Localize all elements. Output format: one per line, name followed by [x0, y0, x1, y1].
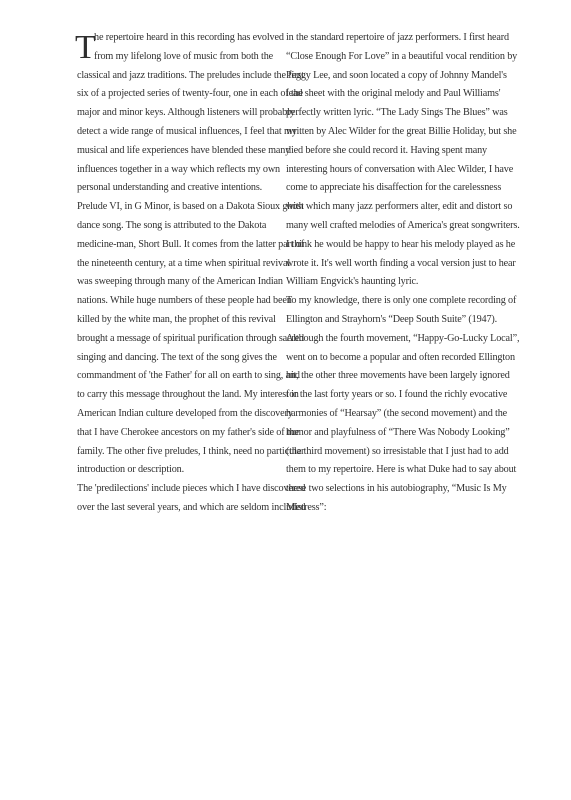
text-line: introduction or description.: [77, 461, 277, 480]
text-line: Although the fourth movement, “Happy-Go-…: [286, 330, 491, 349]
text-line: hit, the other three movements have been…: [286, 367, 491, 386]
text-line: written by Alec Wilder for the great Bil…: [286, 123, 491, 142]
text-line: six of a projected series of twenty-four…: [77, 85, 277, 104]
text-line: humor and playfulness of “There Was Nobo…: [286, 424, 491, 443]
document-page: T he repertoire heard in this recording …: [0, 0, 571, 800]
text-line: many well crafted melodies of America's …: [286, 217, 491, 236]
text-line: (the third movement) so irresistable tha…: [286, 443, 491, 462]
text-line: classical and jazz traditions. The prelu…: [77, 67, 277, 86]
text-line: in the standard repertoire of jazz perfo…: [286, 29, 491, 48]
text-line: “Close Enough For Love” in a beautiful v…: [286, 48, 491, 67]
text-line: them to my repertoire. Here is what Duke…: [286, 461, 491, 480]
text-line: medicine-man, Short Bull. It comes from …: [77, 236, 277, 255]
left-text-column: T he repertoire heard in this recording …: [77, 29, 277, 518]
text-line: family. The other five preludes, I think…: [77, 443, 277, 462]
text-line: brought a message of spiritual purificat…: [77, 330, 277, 349]
text-line: with which many jazz performers alter, e…: [286, 198, 491, 217]
drop-cap: T: [75, 31, 96, 65]
text-line: to carry this message throughout the lan…: [77, 386, 277, 405]
text-line: killed by the white man, the prophet of …: [77, 311, 277, 330]
text-line: that I have Cherokee ancestors on my fat…: [77, 424, 277, 443]
text-line: for the last forty years or so. I found …: [286, 386, 491, 405]
text-line: dance song. The song is attributed to th…: [77, 217, 277, 236]
text-line: Prelude VI, in G Minor, is based on a Da…: [77, 198, 277, 217]
text-line: commandment of 'the Father' for all on e…: [77, 367, 277, 386]
text-line: from my lifelong love of music from both…: [77, 48, 277, 67]
text-line: lead sheet with the original melody and …: [286, 85, 491, 104]
text-line: American Indian culture developed from t…: [77, 405, 277, 424]
text-line: singing and dancing. The text of the son…: [77, 349, 277, 368]
right-text-column: in the standard repertoire of jazz perfo…: [286, 29, 491, 518]
text-line: detect a wide range of musical influence…: [77, 123, 277, 142]
text-line: William Engvick's haunting lyric.: [286, 273, 491, 292]
text-line: nations. While huge numbers of these peo…: [77, 292, 277, 311]
text-line: he repertoire heard in this recording ha…: [77, 29, 277, 48]
text-line: influences together in a way which refle…: [77, 161, 277, 180]
text-line: interesting hours of conversation with A…: [286, 161, 491, 180]
text-line: To my knowledge, there is only one compl…: [286, 292, 491, 311]
text-line: was sweeping through many of the America…: [77, 273, 277, 292]
text-line: Ellington and Strayhorn's “Deep South Su…: [286, 311, 491, 330]
text-line: Mistress”:: [286, 499, 491, 518]
text-line: over the last several years, and which a…: [77, 499, 277, 518]
text-line: perfectly written lyric. “The Lady Sings…: [286, 104, 491, 123]
text-line: musical and life experiences have blende…: [77, 142, 277, 161]
text-line: Peggy Lee, and soon located a copy of Jo…: [286, 67, 491, 86]
text-line: come to appreciate his disaffection for …: [286, 179, 491, 198]
text-line: went on to become a popular and often re…: [286, 349, 491, 368]
text-line: these two selections in his autobiograph…: [286, 480, 491, 499]
text-line: personal understanding and creative inte…: [77, 179, 277, 198]
text-line: died before she could record it. Having …: [286, 142, 491, 161]
text-line: The 'predilections' include pieces which…: [77, 480, 277, 499]
text-line: major and minor keys. Although listeners…: [77, 104, 277, 123]
text-line: harmonies of “Hearsay” (the second movem…: [286, 405, 491, 424]
text-line: I think he would be happy to hear his me…: [286, 236, 491, 255]
text-line: wrote it. It's well worth finding a voca…: [286, 255, 491, 274]
text-line: the nineteenth century, at a time when s…: [77, 255, 277, 274]
